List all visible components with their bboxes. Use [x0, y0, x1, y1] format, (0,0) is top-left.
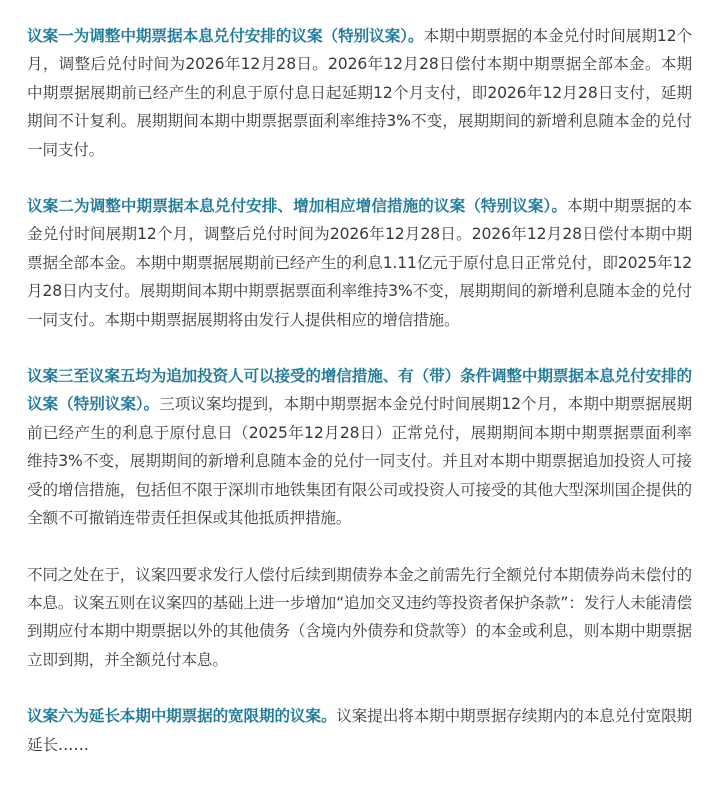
proposal-6-heading: 议案六为延长本期中期票据的宽限期的议案。 — [27, 707, 336, 725]
paragraph-proposal-3-5: 议案三至议案五均为追加投资人可以接受的增信措施、有（带）条件调整中期票据本息兑付… — [27, 362, 692, 532]
proposal-2-heading: 议案二为调整中期票据本息兑付安排、增加相应增信措施的议案（特别议案）。 — [27, 197, 567, 215]
proposal-2-text: 本期中期票据的本金兑付时间展期12个月，调整后兑付时间为2026年12月28日。… — [27, 197, 692, 329]
paragraph-proposal-1: 议案一为调整中期票据本息兑付安排的议案（特别议案）。本期中期票据的本金兑付时间展… — [27, 22, 692, 164]
paragraph-proposal-2: 议案二为调整中期票据本息兑付安排、增加相应增信措施的议案（特别议案）。本期中期票… — [27, 192, 692, 334]
proposal-1-heading: 议案一为调整中期票据本息兑付安排的议案（特别议案）。 — [27, 27, 424, 45]
proposal-3-5-text: 三项议案均提到，本期中期票据本金兑付时间展期12个月，本期中期票据展期前已经产生… — [27, 395, 692, 527]
paragraph-proposal-6: 议案六为延长本期中期票据的宽限期的议案。议案提出将本期中期票据存续期内的本息兑付… — [27, 702, 692, 759]
proposal-1-text: 本期中期票据的本金兑付时间展期12个月，调整后兑付时间为2026年12月28日。… — [27, 27, 692, 159]
differences-text: 不同之处在于，议案四要求发行人偿付后续到期债券本金之前需先行全额兑付本期债券尚未… — [27, 566, 692, 669]
article-body: 议案一为调整中期票据本息兑付安排的议案（特别议案）。本期中期票据的本金兑付时间展… — [0, 0, 716, 759]
paragraph-differences: 不同之处在于，议案四要求发行人偿付后续到期债券本金之前需先行全额兑付本期债券尚未… — [27, 561, 692, 675]
